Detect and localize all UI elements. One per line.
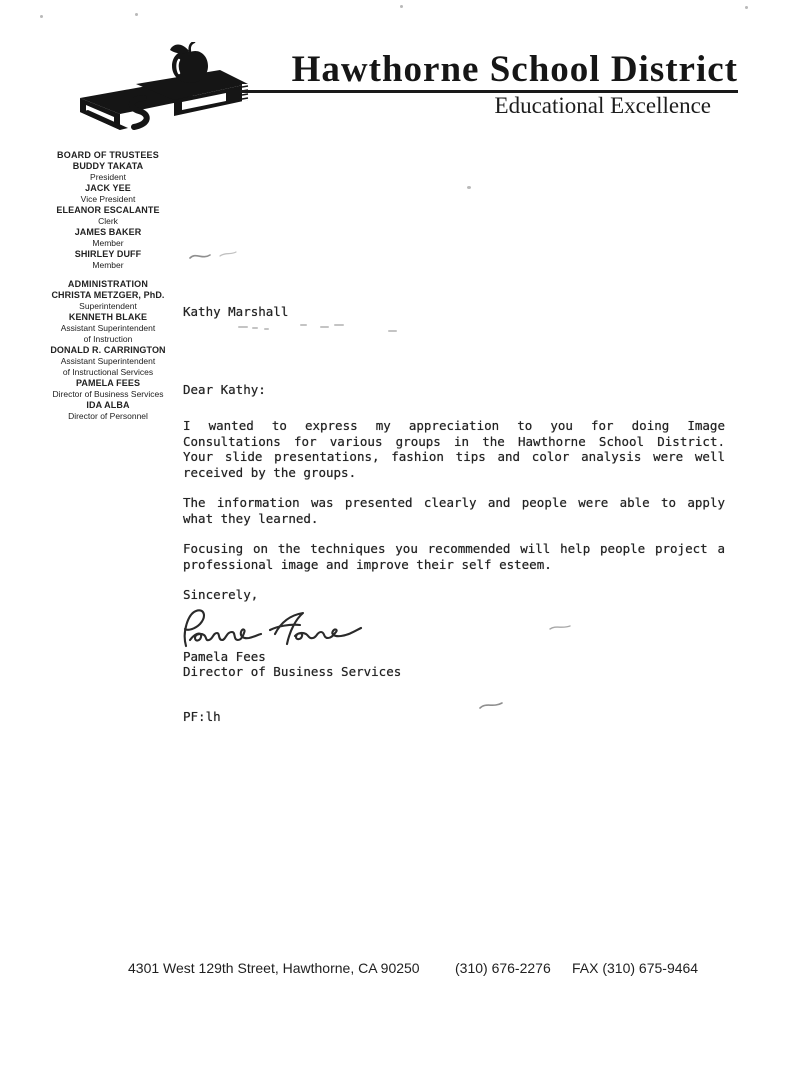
scan-speck [40,15,43,18]
list-item: JAMES BAKER Member [28,227,188,249]
district-tagline: Educational Excellence [495,93,711,119]
trustee-title: Vice President [28,194,188,205]
scanned-letter-page: Hawthorne School District Educational Ex… [0,0,785,1080]
board-of-trustees-list: BOARD OF TRUSTEES BUDDY TAKATA President… [28,150,188,271]
trustee-title: Member [28,260,188,271]
scan-speck [745,6,748,9]
scan-speck [400,5,403,8]
list-item: IDA ALBA Director of Personnel [28,400,188,422]
apple-on-books-logo-icon [78,42,250,142]
admin-name: IDA ALBA [28,400,188,411]
footer-address: 4301 West 129th Street, Hawthorne, CA 90… [128,960,420,976]
paragraph-line: professional image and improve their sel… [183,557,725,573]
closing: Sincerely, [183,587,725,603]
admin-title: Assistant Superintendent of Instruction [28,323,188,345]
letter-body: Kathy Marshall Dear Kathy: I wanted to e… [183,304,725,724]
paragraph-line: Focusing on the techniques you recommend… [183,541,725,557]
administration-list: ADMINISTRATION CHRISTA METZGER, PhD. Sup… [28,279,188,422]
reference-initials: PF:lh [183,709,725,725]
admin-name: DONALD R. CARRINGTON [28,345,188,356]
paragraph: I wanted to express my appreciation to y… [183,418,725,480]
recipient-name: Kathy Marshall [183,304,725,320]
footer-fax: FAX (310) 675-9464 [572,960,698,976]
admin-title: Assistant Superintendent of Instructiona… [28,356,188,378]
paragraph-line: The information was presented clearly an… [183,495,725,511]
paragraph-line: Your slide presentations, fashion tips a… [183,449,725,465]
administration-heading: ADMINISTRATION [28,279,188,290]
district-title: Hawthorne School District [292,48,738,91]
trustee-title: Member [28,238,188,249]
signer-name: Pamela Fees [183,649,725,665]
scan-dash [548,622,572,634]
paragraph-line: I wanted to express my appreciation to y… [183,418,725,434]
paragraph: Focusing on the techniques you recommend… [183,541,725,572]
list-item: SHIRLEY DUFF Member [28,249,188,271]
scan-squiggle [188,248,238,264]
list-item: CHRISTA METZGER, PhD. Superintendent [28,290,188,312]
admin-name: CHRISTA METZGER, PhD. [28,290,188,301]
trustee-name: SHIRLEY DUFF [28,249,188,260]
list-item: PAMELA FEES Director of Business Service… [28,378,188,400]
list-item: JACK YEE Vice President [28,183,188,205]
list-item: ELEANOR ESCALANTE Clerk [28,205,188,227]
trustee-title: President [28,172,188,183]
trustee-name: ELEANOR ESCALANTE [28,205,188,216]
scan-dash [478,700,504,712]
board-heading: BOARD OF TRUSTEES [28,150,188,161]
scan-speck [467,186,471,189]
trustee-title: Clerk [28,216,188,227]
signer-title: Director of Business Services [183,664,725,680]
admin-title: Superintendent [28,301,188,312]
admin-title: Director of Business Services [28,389,188,400]
trustee-name: BUDDY TAKATA [28,161,188,172]
paragraph-line: Consultations for various groups in the … [183,434,725,450]
trustee-name: JACK YEE [28,183,188,194]
handwritten-signature-icon [179,605,387,651]
paragraph: The information was presented clearly an… [183,495,725,526]
list-item: KENNETH BLAKE Assistant Superintendent o… [28,312,188,345]
footer-phone: (310) 676-2276 [455,960,551,976]
paragraph-line: received by the groups. [183,465,725,481]
admin-name: PAMELA FEES [28,378,188,389]
scan-speck [135,13,138,16]
trustee-name: JAMES BAKER [28,227,188,238]
admin-title: Director of Personnel [28,411,188,422]
list-item: DONALD R. CARRINGTON Assistant Superinte… [28,345,188,378]
paragraph-line: what they learned. [183,511,725,527]
admin-name: KENNETH BLAKE [28,312,188,323]
list-item: BUDDY TAKATA President [28,161,188,183]
salutation: Dear Kathy: [183,382,725,398]
